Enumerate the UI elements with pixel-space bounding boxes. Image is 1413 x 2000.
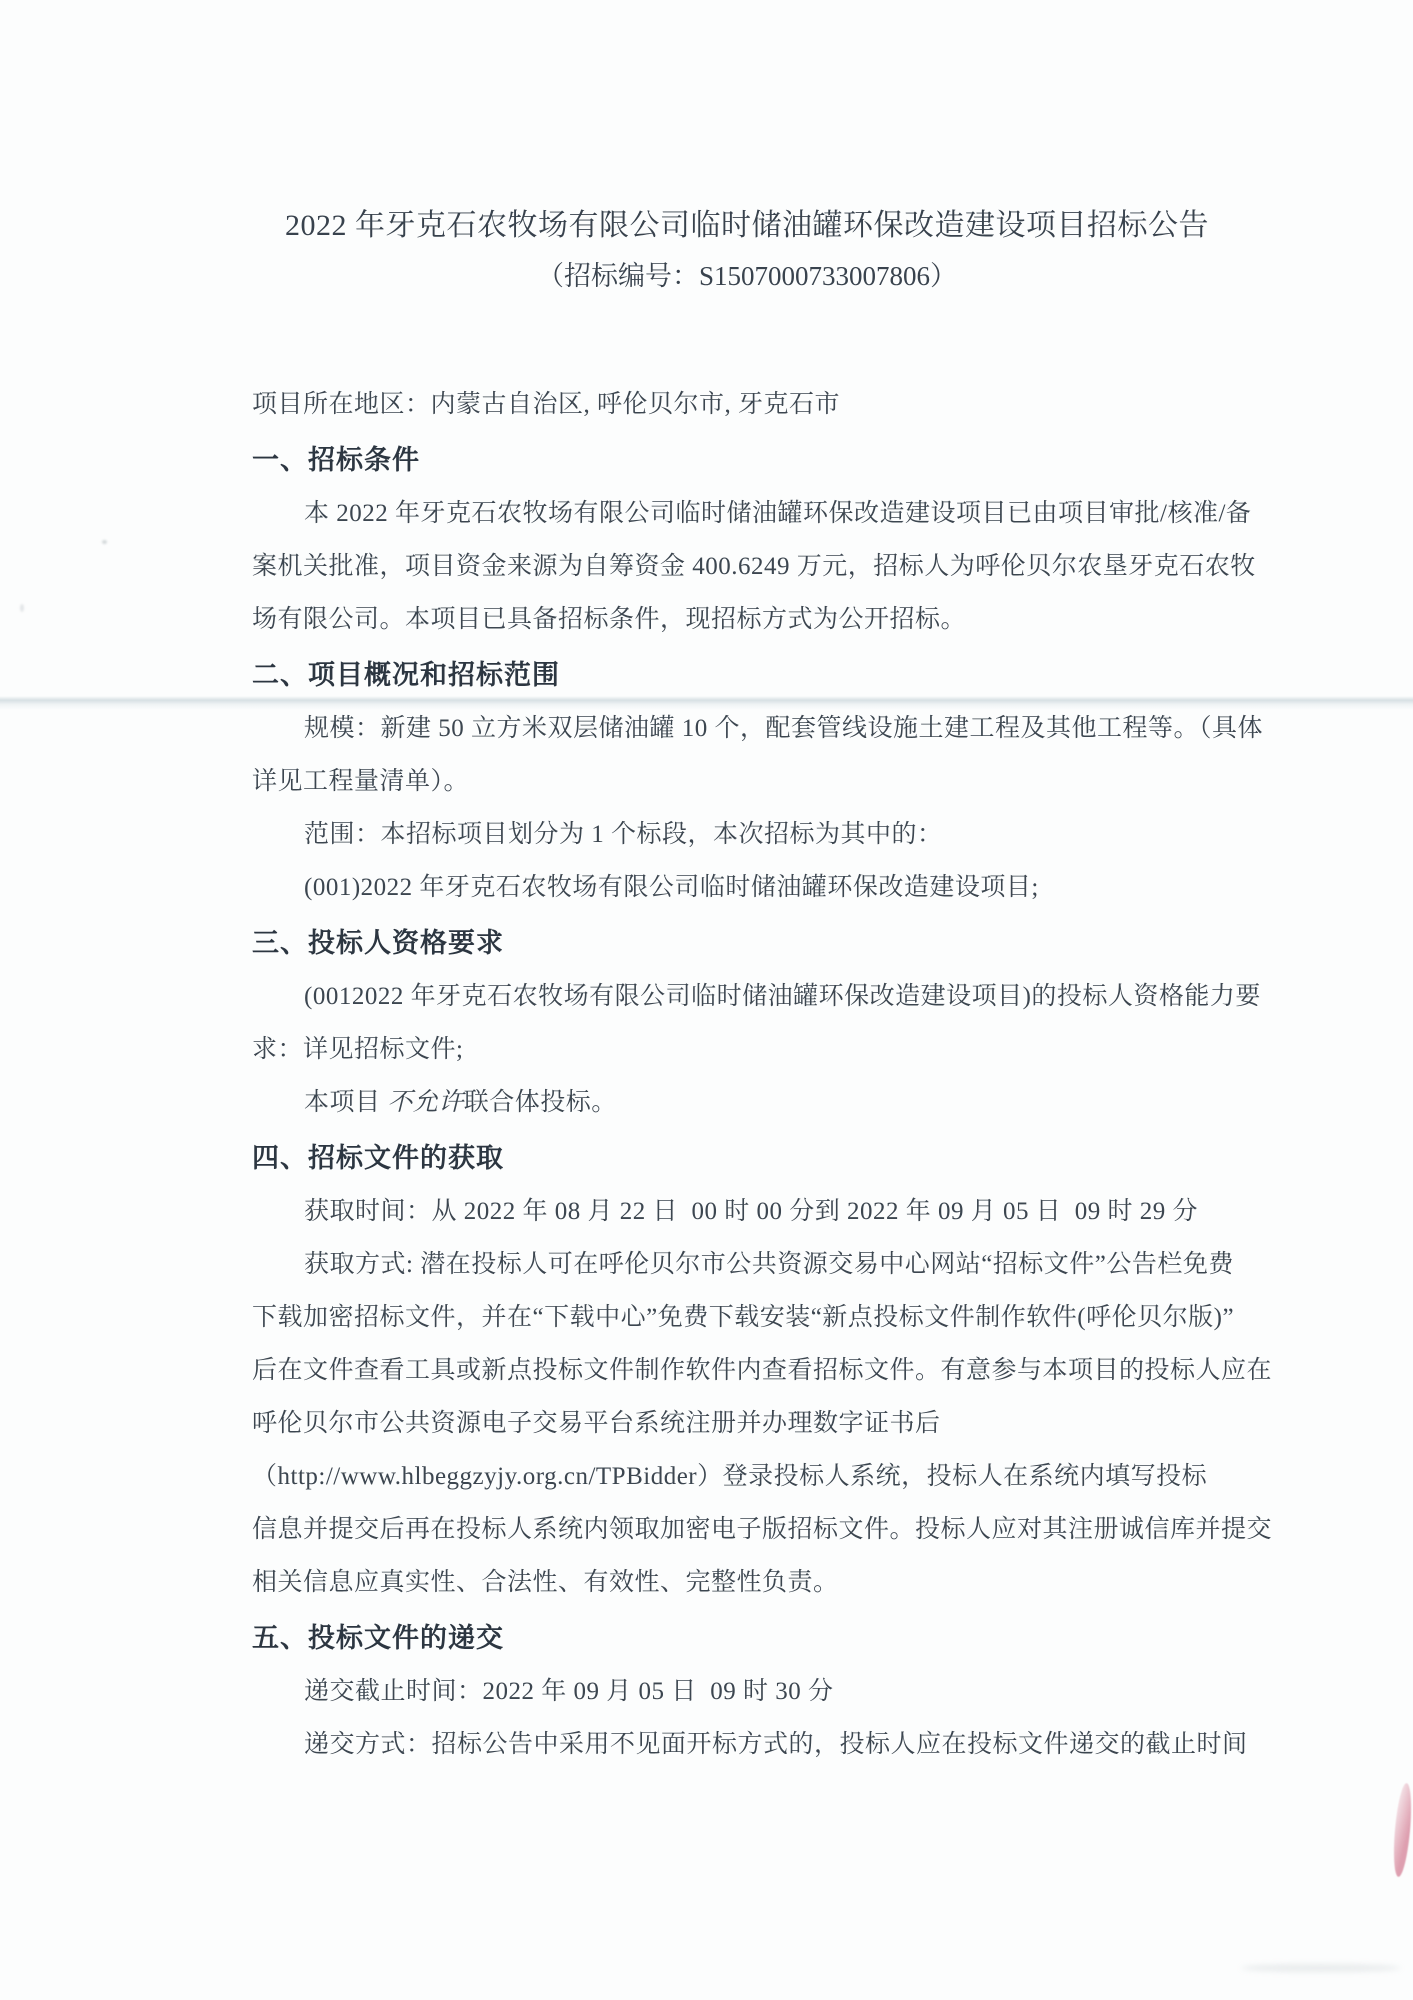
body-line: 获取时间：从 2022 年 08 月 22 日 00 时 00 分到 2022 … xyxy=(252,1185,1242,1238)
no-consortium-pre: 本项目 xyxy=(304,1089,387,1116)
section-4-document-acquisition-heading: 四、招标文件的获取 xyxy=(252,1132,1242,1185)
project-location-line: 项目所在地区：内蒙古自治区, 呼伦贝尔市, 牙克石市 xyxy=(252,378,1242,431)
body-line: 递交方式：招标公告中采用不见面开标方式的，投标人应在投标文件递交的截止时间 xyxy=(252,1718,1242,1771)
body-line: 规模：新建 50 立方米双层储油罐 10 个，配套管线设施土建工程及其他工程等。… xyxy=(252,702,1242,755)
body-line: (001)2022 年牙克石农牧场有限公司临时储油罐环保改造建设项目; xyxy=(252,861,1242,914)
body-line: 求：详见招标文件; xyxy=(252,1023,1242,1076)
section-1-bidding-conditions-heading: 一、招标条件 xyxy=(252,434,1242,487)
body-line: 呼伦贝尔市公共资源电子交易平台系统注册并办理数字证书后 xyxy=(252,1397,1242,1450)
document-body: 2022 年牙克石农牧场有限公司临时储油罐环保改造建设项目招标公告 （招标编号：… xyxy=(252,205,1242,1771)
submission-deadline-line: 递交截止时间：2022 年 09 月 05 日 09 时 30 分 xyxy=(252,1665,1242,1718)
body-line: 本 2022 年牙克石农牧场有限公司临时储油罐环保改造建设项目已由项目审批/核准… xyxy=(252,487,1242,540)
scanned-document-page: 2022 年牙克石农牧场有限公司临时储油罐环保改造建设项目招标公告 （招标编号：… xyxy=(0,0,1413,2000)
body-line: 详见工程量清单）。 xyxy=(252,755,1242,808)
scan-smudge xyxy=(1241,1964,1401,1972)
body-line: 范围：本招标项目划分为 1 个标段，本次招标为其中的： xyxy=(252,808,1242,861)
no-consortium-italic: 不允许 xyxy=(387,1089,464,1116)
no-consortium-post: 联合体投标。 xyxy=(464,1089,617,1116)
section-3-bidder-qualification-heading: 三、投标人资格要求 xyxy=(252,917,1242,970)
body-line: 后在文件查看工具或新点投标文件制作软件内查看招标文件。有意参与本项目的投标人应在 xyxy=(252,1344,1242,1397)
body-line: 案机关批准，项目资金来源为自筹资金 400.6249 万元，招标人为呼伦贝尔农垦… xyxy=(252,540,1242,593)
body-line: 相关信息应真实性、合法性、有效性、完整性负责。 xyxy=(252,1556,1242,1609)
page-title: 2022 年牙克石农牧场有限公司临时储油罐环保改造建设项目招标公告 xyxy=(252,205,1242,247)
scan-speck xyxy=(20,604,24,612)
body-line: 下载加密招标文件，并在“下载中心”免费下载安装“新点投标文件制作软件(呼伦贝尔版… xyxy=(252,1291,1242,1344)
section-5-bid-submission-heading: 五、投标文件的递交 xyxy=(252,1612,1242,1665)
body-line: (0012022 年牙克石农牧场有限公司临时储油罐环保改造建设项目)的投标人资格… xyxy=(252,970,1242,1023)
body-line: 获取方式: 潜在投标人可在呼伦贝尔市公共资源交易中心网站“招标文件”公告栏免费 xyxy=(252,1238,1242,1291)
scan-speck xyxy=(102,540,107,544)
body-line: 信息并提交后再在投标人系统内领取加密电子版招标文件。投标人应对其注册诚信库并提交 xyxy=(252,1503,1242,1556)
bid-number: （招标编号：S1507000733007806） xyxy=(252,259,1242,293)
section-2-project-overview-heading: 二、项目概况和招标范围 xyxy=(252,649,1242,702)
bidder-system-url-line: （http://www.hlbeggzyjy.org.cn/TPBidder）登… xyxy=(252,1450,1242,1503)
pink-ink-mark xyxy=(1391,1783,1413,1878)
body-line: 场有限公司。本项目已具备招标条件，现招标方式为公开招标。 xyxy=(252,593,1242,646)
no-consortium-line: 本项目 不允许联合体投标。 xyxy=(252,1076,1242,1129)
